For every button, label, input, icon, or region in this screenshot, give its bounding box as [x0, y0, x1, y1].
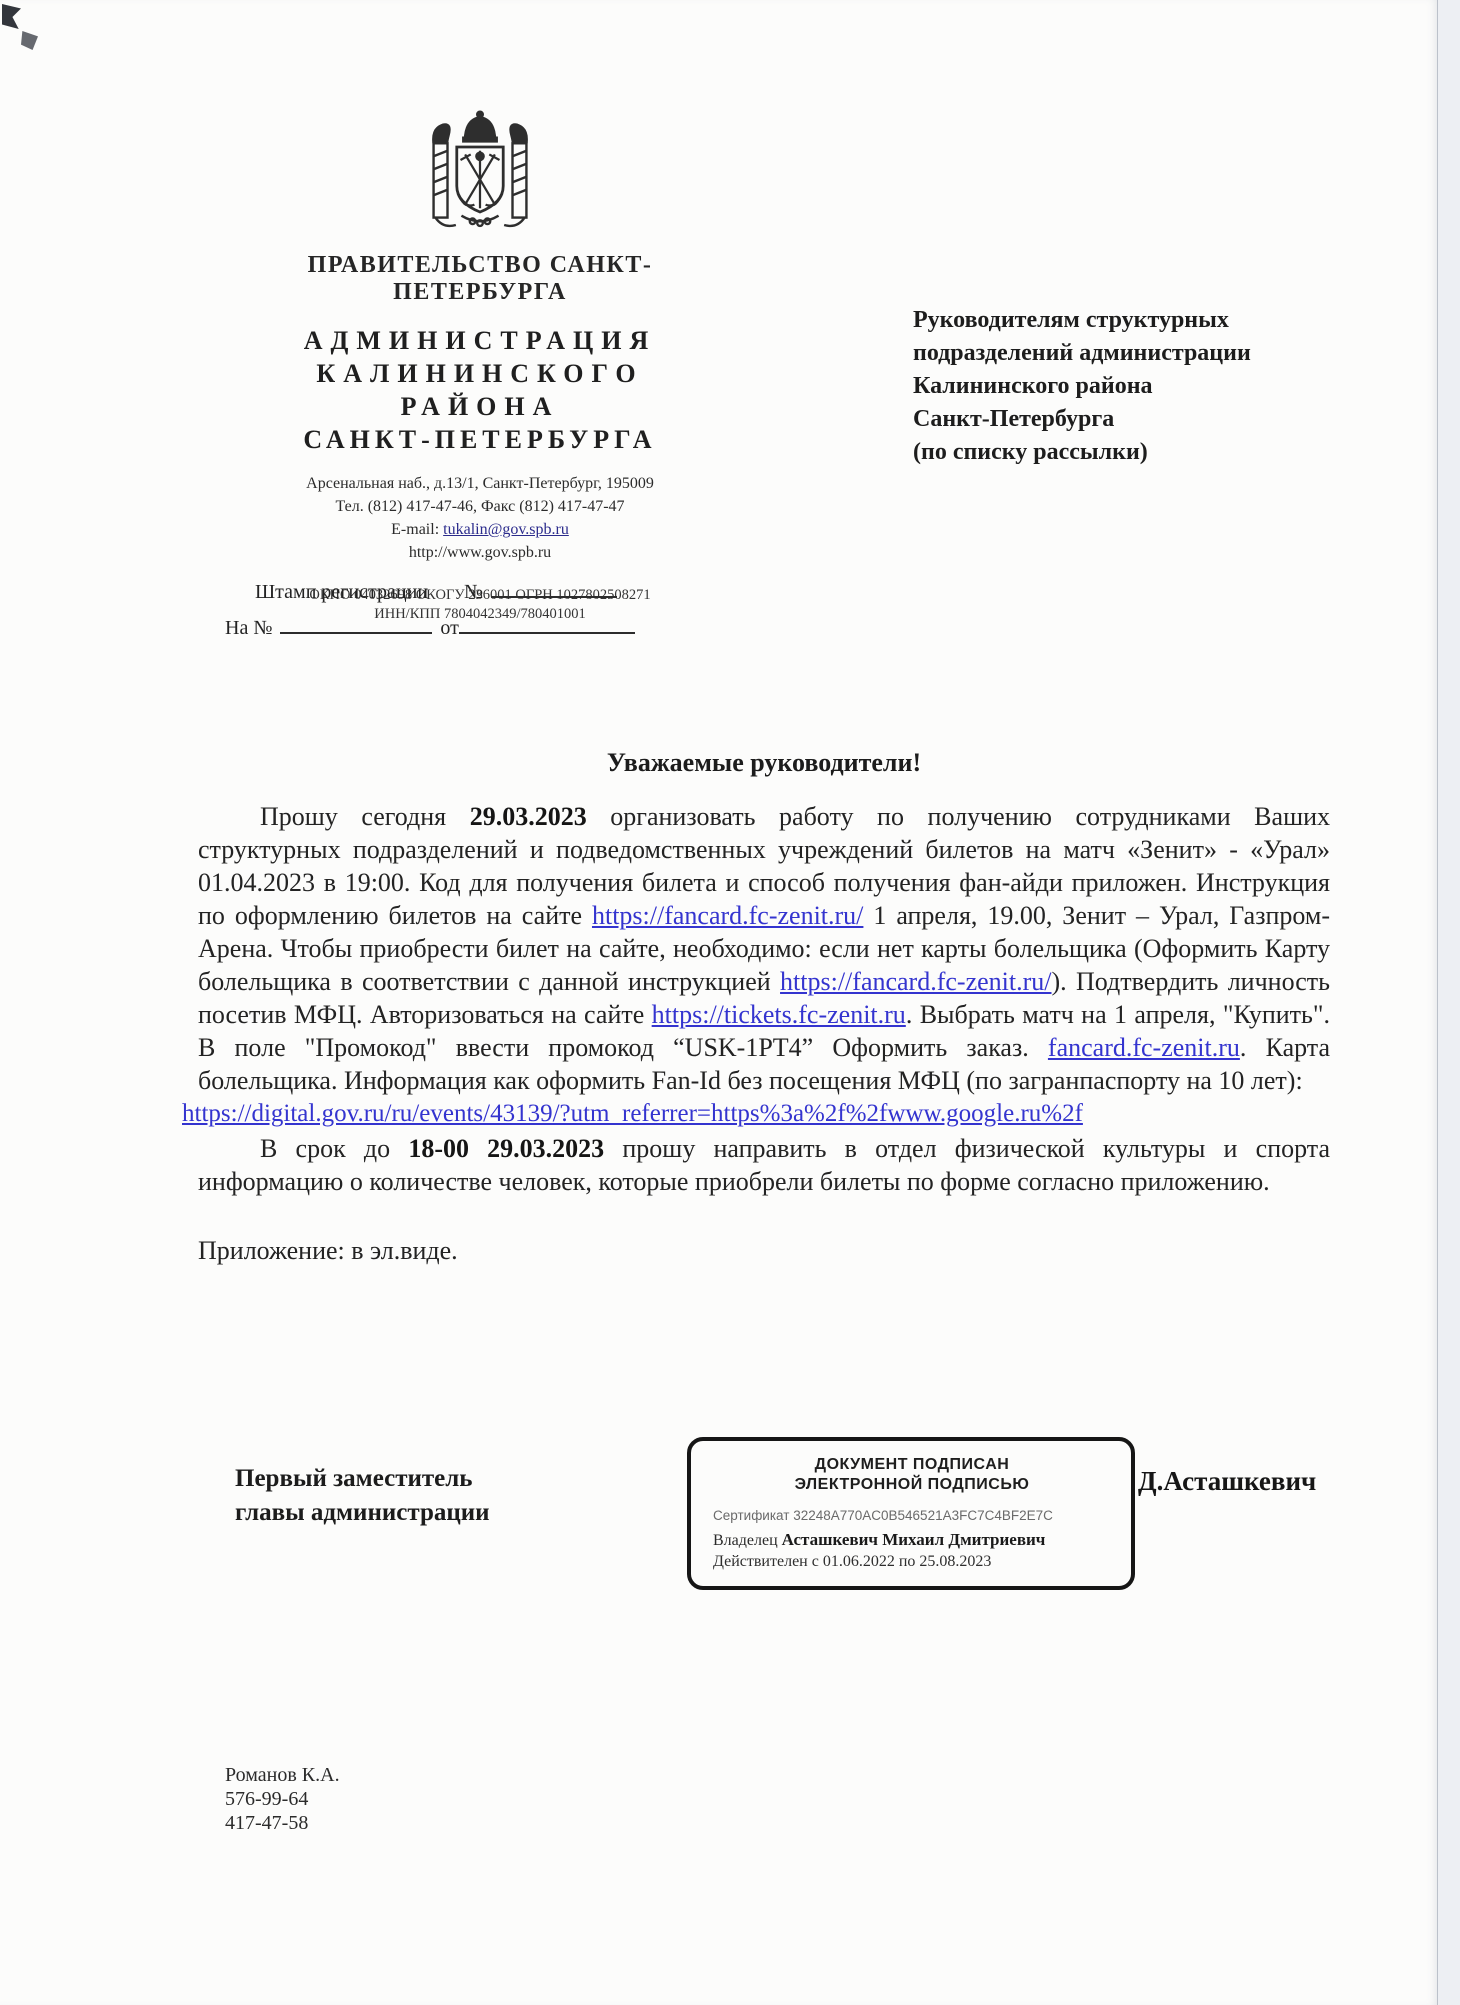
- stamp-title: ДОКУМЕНТ ПОДПИСАН ЭЛЕКТРОННОЙ ПОДПИСЬЮ: [713, 1455, 1111, 1495]
- on-number-label: На №: [225, 617, 272, 639]
- body-text: В срок до: [260, 1134, 408, 1163]
- email-line: E-mail: tukalin@gov.spb.ru: [230, 518, 730, 541]
- digital-gov-link[interactable]: https://digital.gov.ru/ru/events/43139/?…: [182, 1100, 1083, 1127]
- recipient-line: (по списку рассылки): [913, 436, 1253, 469]
- fancard-link[interactable]: https://fancard.fc-zenit.ru/: [780, 967, 1051, 996]
- left-pillar: [433, 124, 456, 225]
- coat-of-arms-icon: [424, 108, 536, 238]
- registration-stamp-row: Штамп регистрации№: [255, 576, 617, 604]
- electronic-signature-stamp: ДОКУМЕНТ ПОДПИСАН ЭЛЕКТРОННОЙ ПОДПИСЬЮ С…: [687, 1437, 1135, 1590]
- tickets-link[interactable]: https://tickets.fc-zenit.ru: [652, 1000, 906, 1029]
- executor-phone: 417-47-58: [225, 1811, 340, 1835]
- scan-artifact: [2, 4, 21, 29]
- recipient-block: Руководителям структурных подразделений …: [913, 304, 1253, 469]
- org-name-line1: АДМИНИСТРАЦИЯ: [230, 324, 730, 357]
- signer-position: Первый заместитель главы администрации: [235, 1462, 490, 1530]
- signer-position-line1: Первый заместитель: [235, 1462, 490, 1496]
- email-label: E-mail:: [391, 521, 443, 538]
- letterhead: ПРАВИТЕЛЬСТВО САНКТ-ПЕТЕРБУРГА АДМИНИСТР…: [230, 108, 730, 624]
- crossed-anchors: [458, 151, 503, 209]
- signer-name: Д.Асташкевич: [1138, 1466, 1316, 1497]
- certificate-value: 32248A770AC0B546521A3FC7C4BF2E7C: [793, 1508, 1053, 1523]
- certificate-line: Сертификат 32248A770AC0B546521A3FC7C4BF2…: [713, 1508, 1111, 1523]
- executor-phone: 576-99-64: [225, 1787, 340, 1811]
- salutation: Уважаемые руководители!: [198, 748, 1330, 778]
- validity-line: Действителен с 01.06.2022 по 25.08.2023: [713, 1553, 1111, 1571]
- postal-address: Арсенальная наб., д.13/1, Санкт-Петербур…: [230, 472, 730, 495]
- contact-block: Арсенальная наб., д.13/1, Санкт-Петербур…: [230, 472, 730, 564]
- number-sign: №: [464, 581, 483, 603]
- right-pillar: [504, 124, 527, 225]
- deadline-bold: 18-00 29.03.2023: [408, 1134, 604, 1163]
- recipient-line: Санкт-Петербурга: [913, 403, 1253, 436]
- blank-number-line: [491, 576, 617, 598]
- imperial-crown: [463, 112, 496, 142]
- blank-date-line: [459, 612, 635, 634]
- org-name-line3: САНКТ-ПЕТЕРБУРГА: [230, 423, 730, 456]
- paragraph-2: В срок до 18-00 29.03.2023 прошу направи…: [198, 1132, 1330, 1198]
- blank-ref-number-line: [280, 612, 432, 634]
- stamp-title-line1: ДОКУМЕНТ ПОДПИСАН: [713, 1455, 1111, 1475]
- fancard-short-link[interactable]: fancard.fc-zenit.ru: [1048, 1033, 1240, 1062]
- signer-position-line2: главы администрации: [235, 1496, 490, 1530]
- owner-label: Владелец: [713, 1532, 782, 1549]
- digital-gov-url-line: https://digital.gov.ru/ru/events/43139/?…: [182, 1097, 1330, 1130]
- recipient-line: Калининского района: [913, 370, 1253, 403]
- scan-artifact: [21, 31, 38, 50]
- from-label: от: [440, 617, 458, 639]
- certificate-label: Сертификат: [713, 1508, 793, 1523]
- website: http://www.gov.spb.ru: [230, 541, 730, 564]
- owner-line: Владелец Асташкевич Михаил Дмитриевич: [713, 1530, 1111, 1550]
- recipient-line: подразделений администрации: [913, 337, 1253, 370]
- paragraph-1: Прошу сегодня 29.03.2023 организовать ра…: [198, 800, 1330, 1097]
- attachment-note: Приложение: в эл.виде.: [198, 1234, 1330, 1267]
- stamp-title-line2: ЭЛЕКТРОННОЙ ПОДПИСЬЮ: [713, 1475, 1111, 1495]
- reg-stamp-label: Штамп регистрации: [255, 581, 428, 603]
- org-name-line2: КАЛИНИНСКОГО РАЙОНА: [230, 357, 730, 423]
- government-title: ПРАВИТЕЛЬСТВО САНКТ-ПЕТЕРБУРГА: [230, 252, 730, 306]
- reference-number-row: На №от: [225, 612, 635, 640]
- letter-body: Прошу сегодня 29.03.2023 организовать ра…: [198, 800, 1330, 1267]
- fancard-link[interactable]: https://fancard.fc-zenit.ru/: [592, 901, 863, 930]
- email-link[interactable]: tukalin@gov.spb.ru: [443, 521, 569, 538]
- recipient-line: Руководителям структурных: [913, 304, 1253, 337]
- phone-fax: Тел. (812) 417-47-46, Факс (812) 417-47-…: [230, 495, 730, 518]
- owner-name: Асташкевич Михаил Дмитриевич: [782, 1530, 1046, 1549]
- executor-name: Романов К.А.: [225, 1763, 340, 1787]
- executor-block: Романов К.А. 576-99-64 417-47-58: [225, 1763, 340, 1835]
- body-text: Прошу сегодня: [260, 802, 470, 831]
- letter-page: ПРАВИТЕЛЬСТВО САНКТ-ПЕТЕРБУРГА АДМИНИСТР…: [0, 0, 1438, 2005]
- date-bold: 29.03.2023: [470, 802, 587, 831]
